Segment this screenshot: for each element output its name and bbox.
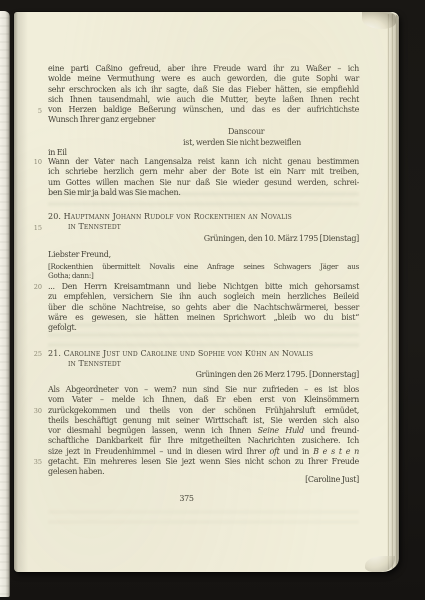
page-number: 375	[31, 494, 342, 504]
book-page: 5101520253035 eine parti Caßino gefreud,…	[14, 12, 399, 572]
letter20-heading-line2: in Tennstedt	[48, 222, 359, 232]
page-stack-fore-edge	[387, 14, 399, 570]
text-line: size jezt in Freudenhimmel – und in dies…	[48, 447, 359, 457]
letter21-heading-line2: in Tennstedt	[48, 359, 359, 369]
letter21-heading-line1: 21. Caroline Just und Caroline und Sophi…	[48, 349, 359, 359]
text-line: getacht. Ein mehreres lesen Sie jezt wen…	[48, 457, 359, 467]
margin-line-number: 20	[26, 283, 42, 291]
text-line: vor diesmahl begnügen lassen, wenn ich I…	[48, 426, 359, 436]
bottom-right-page-curl	[365, 556, 395, 572]
letter21-body-paragraph: Als Abgeordneter von – wem? nun sind Sie…	[48, 385, 359, 478]
margin-line-number: 30	[26, 407, 42, 415]
text-line: von Herzen baldige Beßerung wünschen, un…	[48, 105, 359, 115]
margin-line-number: 25	[26, 350, 42, 358]
facing-page-edge	[0, 11, 10, 597]
text-line: Wann der Vater nach Langensalza reist ka…	[48, 157, 359, 167]
text-line: vom Vater – melde ich Ihnen, daß Er eben…	[48, 395, 359, 405]
text-line: Wunsch Ihrer ganz ergebner	[48, 115, 359, 125]
text-line: theils beschäftigt genung mit seiner Wir…	[48, 416, 359, 426]
letter19-postscript-paragraph: Wann der Vater nach Langensalza reist ka…	[48, 157, 359, 198]
text-line: Gotha; dann:]	[48, 271, 359, 280]
book-scan: 5101520253035 eine parti Caßino gefreud,…	[0, 0, 425, 600]
letter20-body-paragraph: ... Den Herrn Kreisamtmann und liebe Nic…	[48, 282, 359, 333]
text-line: zu empfehlen, versichern Sie ihn auch so…	[48, 292, 359, 302]
text-line: wolde meine Vermuthung were es auch gewo…	[48, 74, 359, 84]
text-line: über die schöne Nachtreise, so gehts abe…	[48, 303, 359, 313]
letter20-heading-line1: 20. Hauptmann Johann Rudolf von Rockenth…	[48, 212, 359, 222]
gutter-shadow	[14, 12, 28, 572]
letter19-signature: Danscour	[48, 127, 425, 137]
text-line: schaftliche Dankbarkeit für Ihre mitgeth…	[48, 436, 359, 446]
text-line: Als Abgeordneter von – wem? nun sind Sie…	[48, 385, 359, 395]
letter21-dateline: Grüningen den 26 Merz 1795. [Donnerstag]	[48, 370, 359, 380]
text-line: sehr erschrocken als ich ihr sagte, daß …	[48, 85, 359, 95]
letter20-dateline: Grüningen, den 10. März 1795 [Dienstag]	[48, 234, 359, 244]
text-line: ich schriebe herzlich gern mehr aber der…	[48, 167, 359, 177]
letter20-salutation: Liebster Freund,	[48, 250, 359, 260]
margin-line-number: 35	[26, 458, 42, 466]
text-line: gefolgt.	[48, 323, 359, 333]
top-right-page-curl	[362, 12, 396, 29]
letter20-heading: 20. Hauptmann Johann Rudolf von Rockenth…	[48, 212, 359, 233]
text-line: sich Ihnen tausendmahl, wie auch die Mut…	[48, 95, 359, 105]
margin-line-number: 5	[26, 107, 42, 115]
letter21-heading: 21. Caroline Just und Caroline und Sophi…	[48, 349, 359, 370]
letter21-signature: [Caroline Just]	[48, 475, 359, 485]
text-column: eine parti Caßino gefreud, aber ihre Fre…	[48, 12, 359, 572]
letter19-closing-line: ist, werden Sie nicht bezweiflen	[48, 138, 425, 148]
letter19-body-paragraph: eine parti Caßino gefreud, aber ihre Fre…	[48, 64, 359, 126]
text-line: [Rockenthien übermittelt Novalis eine An…	[48, 262, 359, 271]
text-line: zurückgekommen und theils von der schöne…	[48, 406, 359, 416]
text-line: ... Den Herrn Kreisamtmann und liebe Nic…	[48, 282, 359, 292]
letter20-editorial-note: [Rockenthien übermittelt Novalis eine An…	[48, 262, 359, 280]
margin-line-number: 10	[26, 158, 42, 166]
text-line: eine parti Caßino gefreud, aber ihre Fre…	[48, 64, 359, 74]
margin-line-number: 15	[26, 224, 42, 232]
text-line: ben Sie mir ja bald was Sie machen.	[48, 188, 359, 198]
text-line: um Gottes willen machen Sie nur daß Sie …	[48, 178, 359, 188]
text-line: wäre es gewesen, sie hätten meinen Spric…	[48, 313, 359, 323]
